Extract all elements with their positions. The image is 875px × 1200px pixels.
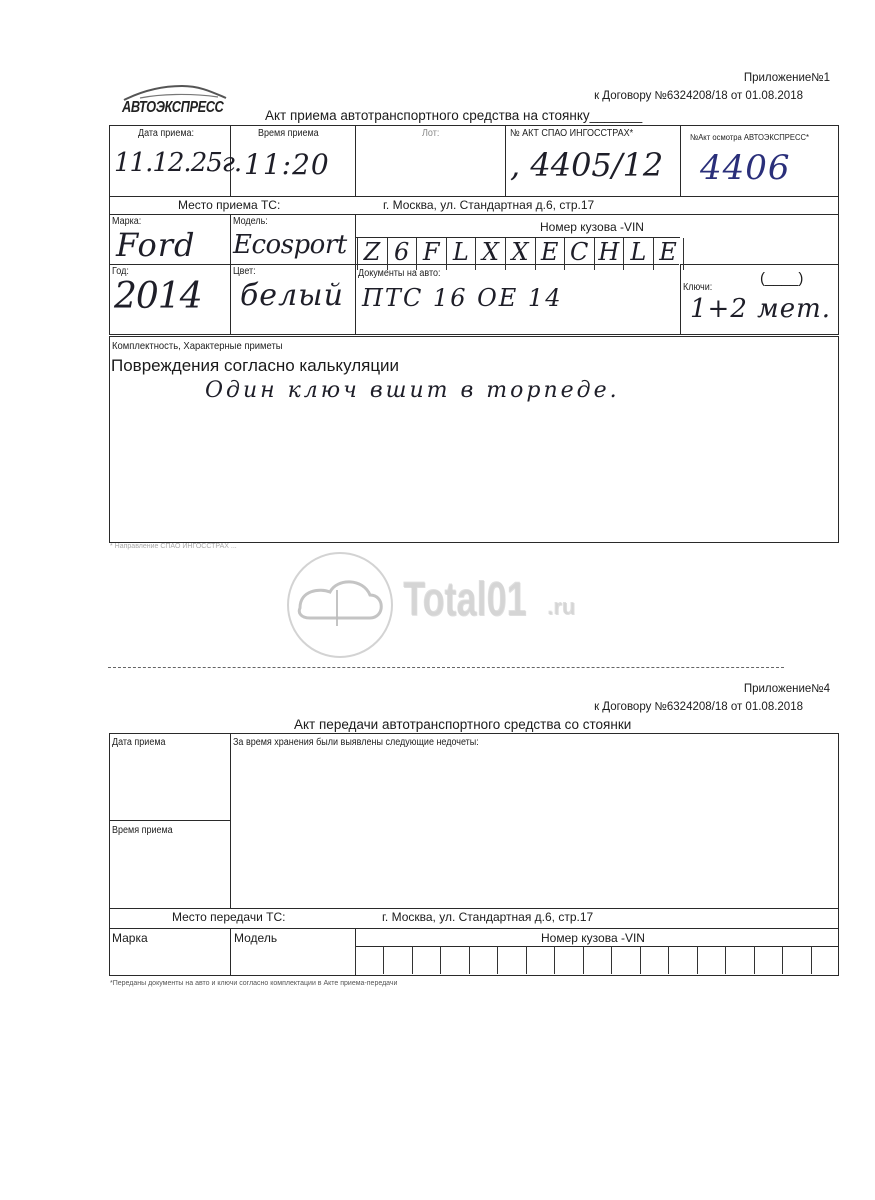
autoexpress-logo: АВТОЭКСПРЕСС [112,82,232,122]
vin-char: F [418,238,444,266]
color-value[interactable]: белый [240,278,344,313]
vin-char: X [477,238,503,266]
spao-act-label: № АКТ СПАО ИНГОССТРАХ* [510,128,633,139]
vin-cell[interactable] [697,946,725,974]
form2-place-label: Место передачи ТС: [172,910,285,924]
form2-footnote: *Переданы документы на авто и ключи согл… [110,980,397,987]
place-label: Место приема ТС: [178,198,280,212]
docs-value[interactable]: ПТС 16 ОЕ 14 [362,284,562,312]
form2-time-field[interactable] [111,840,228,906]
place-value: г. Москва, ул. Стандартная д.6, стр.17 [383,198,594,212]
date-label: Дата приема: [138,128,194,139]
vin-cell[interactable] [668,946,696,974]
watermark: Total01 .ru [285,550,605,660]
form2-place-value: г. Москва, ул. Стандартная д.6, стр.17 [382,910,593,924]
form2-vin-label: Номер кузова -VIN [541,931,645,945]
form1-contract-ref: к Договору №6324208/18 от 01.08.2018 [594,90,803,102]
vin-cell[interactable] [497,946,525,974]
form1-title: Акт приема автотранспортного средства на… [265,108,642,123]
form1-appendix: Приложение№1 [744,72,830,84]
vin-char: E [655,238,681,266]
vin-cell[interactable] [554,946,582,974]
vin-char: Z [359,238,385,266]
vin-cell[interactable] [782,946,810,974]
logo-text: АВТОЭКСПРЕСС [122,99,223,117]
form2-date-label: Дата приема [112,737,166,748]
form2-time-label: Время приема [112,825,173,836]
form2-brand-field[interactable] [111,946,228,974]
form2-title: Акт передачи автотранспортного средства … [294,717,631,732]
vin-cell[interactable] [440,946,468,974]
inspection-act-value[interactable]: 4406 [700,148,791,188]
spao-act-value[interactable]: , 4405/12 [510,146,663,184]
vin-char: E [537,238,563,266]
date-value[interactable]: 11.12.25г. [114,148,241,178]
damage-text: Повреждения согласно калькуляции [111,356,399,376]
vin-cell[interactable] [811,946,839,974]
vin-cell[interactable] [725,946,753,974]
brand-value[interactable]: Ford [116,226,196,264]
form2-model-label: Модель [234,931,277,945]
form1-footnote: * Направление СПАО ИНГОССТРАХ ... [110,543,237,550]
inspection-act-label: №Акт осмотра АВТОЭКСПРЕСС* [690,132,809,142]
lot-value-redacted[interactable] [358,142,503,194]
color-label: Цвет: [233,266,256,277]
watermark-suffix: .ru [547,594,575,620]
completeness-label: Комплектность, Характерные приметы [112,340,283,352]
docs-label: Документы на авто: [358,268,440,279]
vin-cell[interactable] [355,946,383,974]
form2-date-field[interactable] [111,752,228,818]
year-value[interactable]: 2014 [114,276,202,317]
handwritten-note[interactable]: Один ключ вшит в торпеде. [205,378,620,403]
vin-cell[interactable] [469,946,497,974]
lot-label: Лот: [422,128,439,139]
vin-cell[interactable] [412,946,440,974]
vin-grid-end [683,238,684,270]
vin-cell[interactable] [754,946,782,974]
model-value[interactable]: Ecosport [233,230,347,260]
cut-line [108,667,784,668]
vin-char: L [625,238,651,266]
form2-model-field[interactable] [233,946,353,974]
vin-cell[interactable] [583,946,611,974]
vin-label: Номер кузова -VIN [540,220,644,234]
keys-value[interactable]: 1+2 мет. [690,294,831,324]
car-cloud-icon [285,550,395,660]
vin-cell[interactable] [383,946,411,974]
form2-contract-ref: к Договору №6324208/18 от 01.08.2018 [594,701,803,713]
vin-char: C [566,238,592,266]
form2-appendix: Приложение№4 [744,683,830,695]
watermark-text: Total01 [403,572,526,627]
time-value[interactable]: 11:20 [244,148,330,181]
defects-field[interactable] [233,752,835,906]
keys-label: Ключи: [683,282,712,293]
vin-char: X [507,238,533,266]
keys-blank: (____) [760,270,803,287]
vin-char: L [448,238,474,266]
model-label: Модель: [233,216,268,227]
vin-cell[interactable] [526,946,554,974]
defects-label: За время хранения были выявлены следующи… [233,737,479,748]
vin-char: H [596,238,622,266]
form2-brand-label: Марка [112,931,148,945]
vin-char: 6 [389,238,415,266]
vin-cell[interactable] [640,946,668,974]
time-label: Время приема [258,128,319,139]
vin-cell[interactable] [611,946,639,974]
